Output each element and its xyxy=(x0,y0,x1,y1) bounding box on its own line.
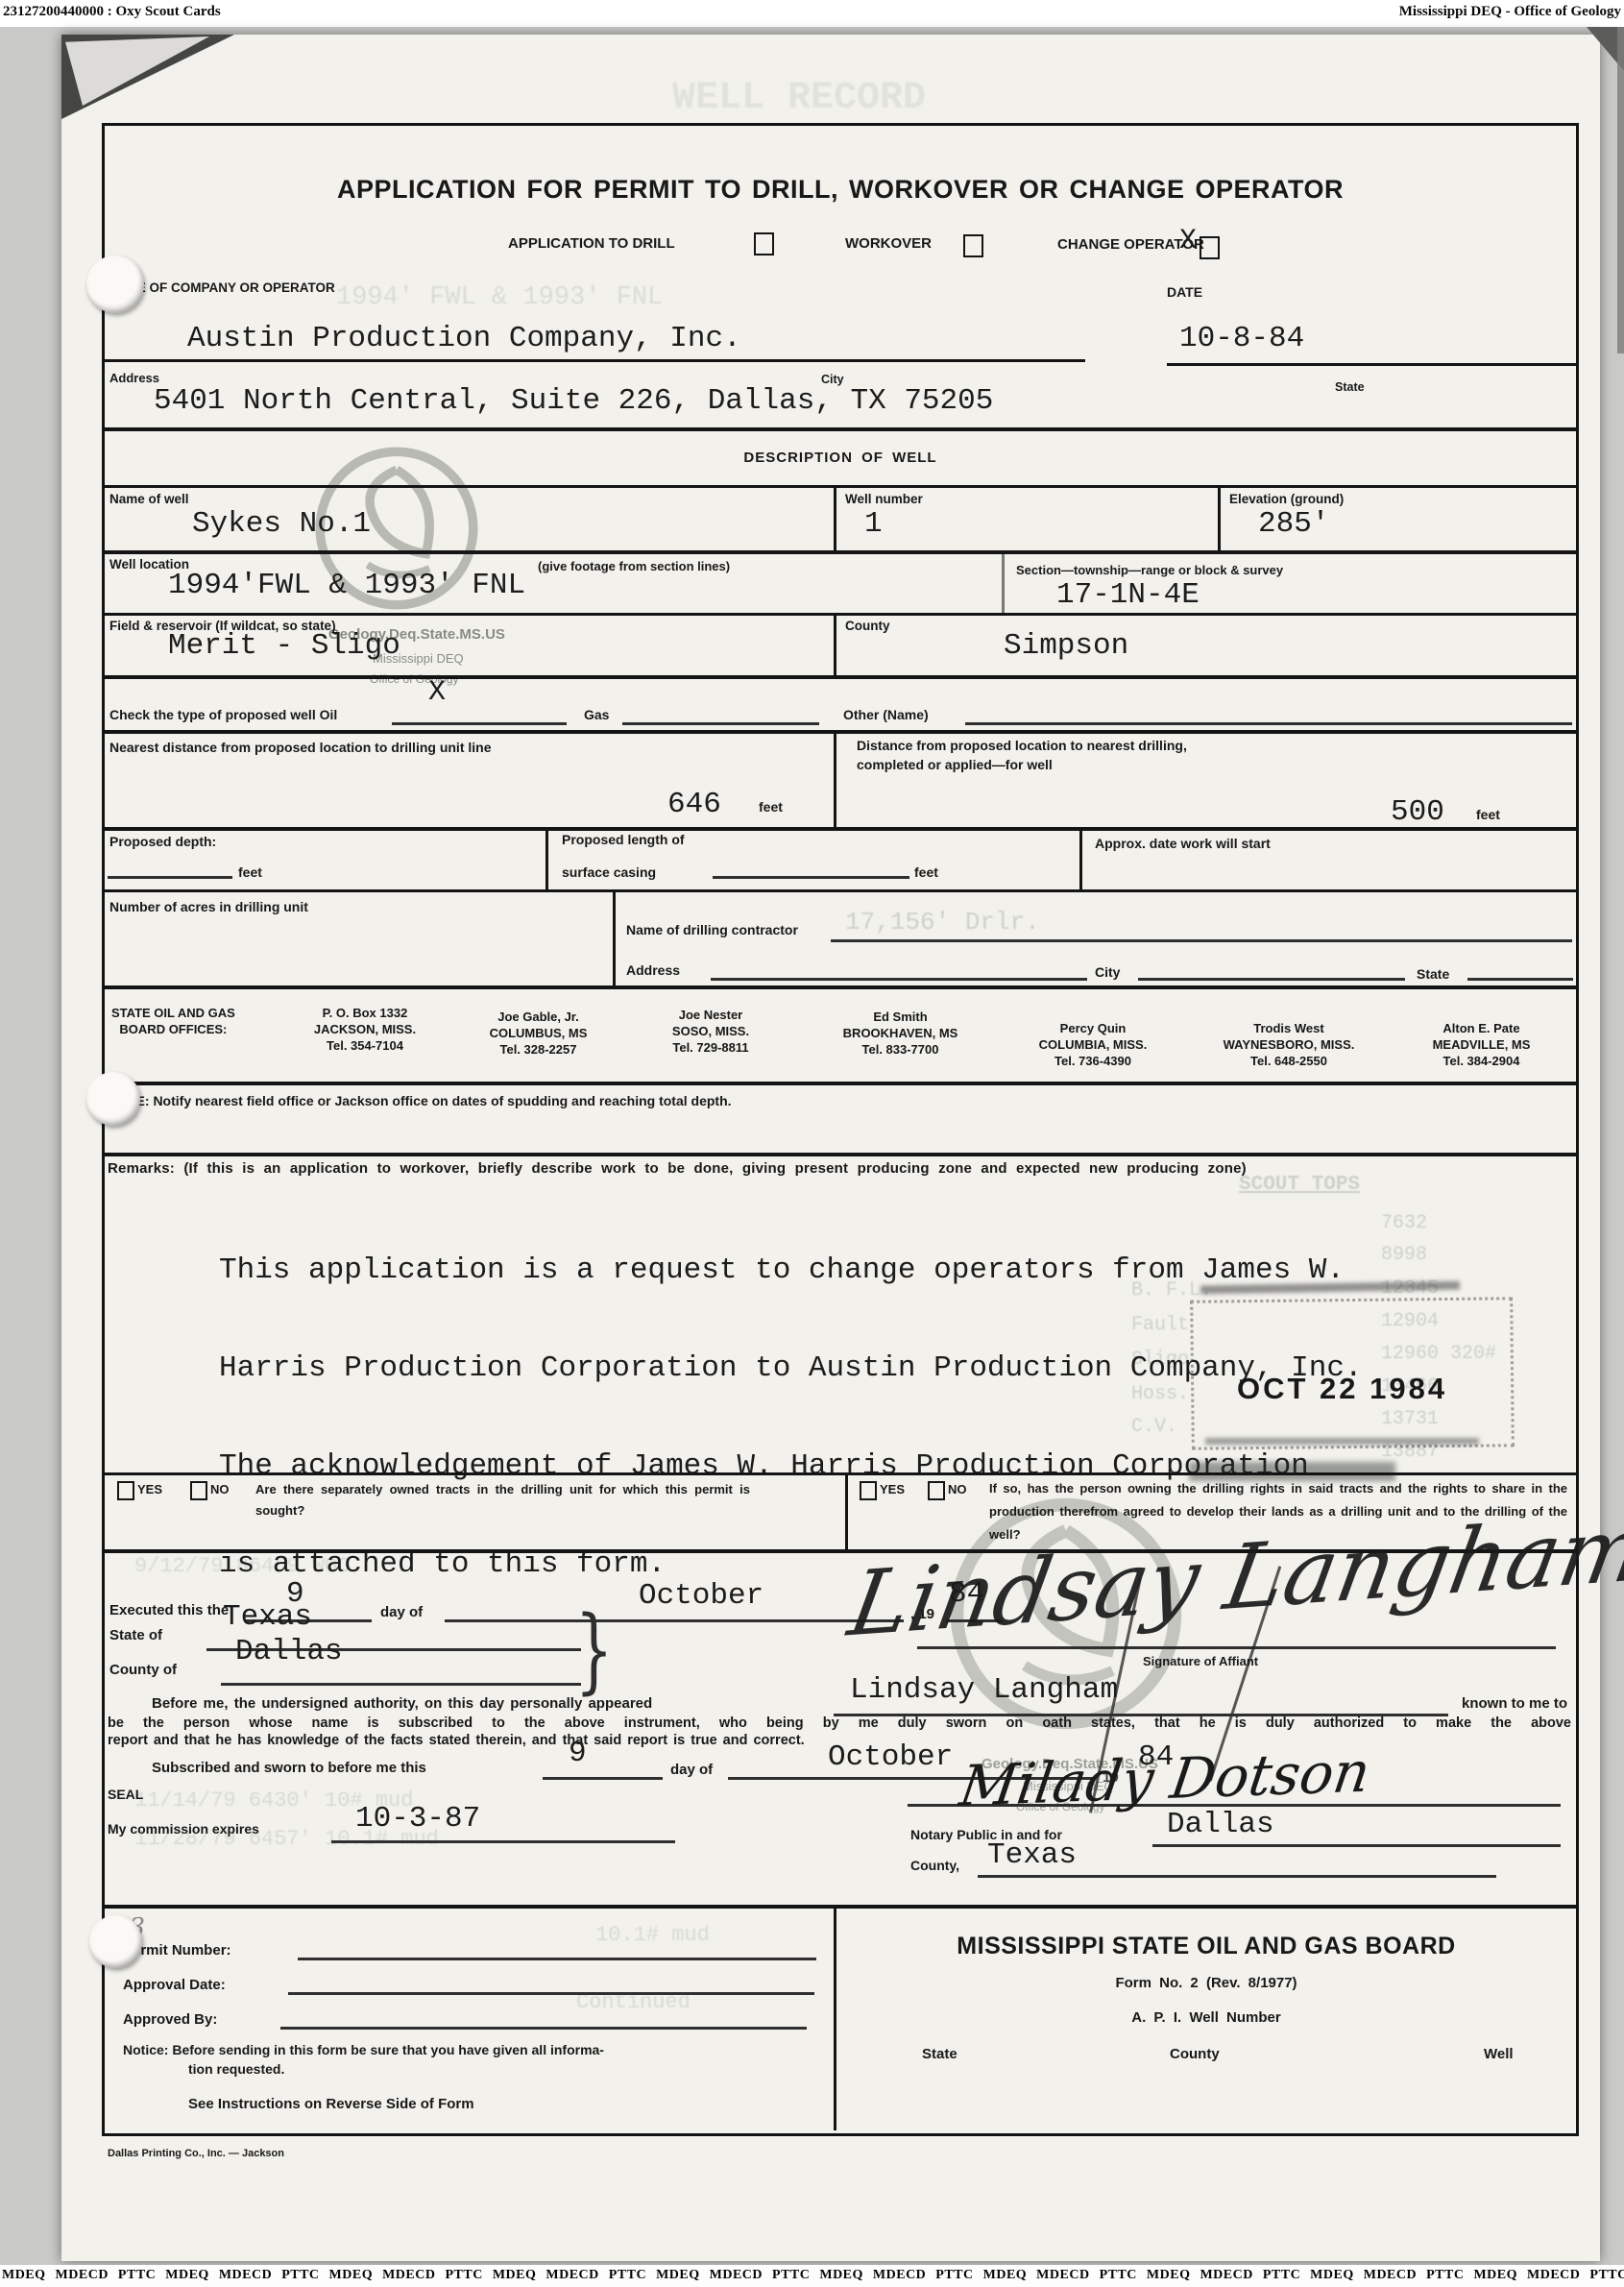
notary-county-value: Texas xyxy=(987,1838,1077,1872)
rights-no-label: NO xyxy=(948,1482,967,1496)
notice-line-1: Notice: Before sending in this form be s… xyxy=(123,2042,604,2057)
remarks-label: Remarks: (If this is an application to w… xyxy=(108,1160,1247,1177)
elevation-value: 285' xyxy=(1258,507,1329,541)
brace-glyph: } xyxy=(575,1596,614,1704)
board-offices-heading: STATE OIL AND GAS BOARD OFFICES: xyxy=(111,1005,235,1037)
tracts-yes-checkbox xyxy=(117,1481,134,1500)
office-column: Trodis WestWAYNESBORO, MISS.Tel. 648-255… xyxy=(1193,1020,1385,1069)
hole-punch xyxy=(86,1072,140,1126)
footer-ticker-text: MDEQ MDECD PTTC MDEQ MDECD PTTC MDEQ MDE… xyxy=(2,2268,1624,2283)
see-instructions-label: See Instructions on Reverse Side of Form xyxy=(188,2096,474,2112)
viewer-header-bar: 23127200440000 : Oxy Scout Cards Mississ… xyxy=(0,0,1624,27)
rights-yes-checkbox xyxy=(860,1481,877,1500)
nearest-distance-unit: feet xyxy=(759,799,783,815)
stamp-date: OCT 22 1984 xyxy=(1237,1372,1447,1406)
office-column: P. O. Box 1332JACKSON, MISS.Tel. 354-710… xyxy=(288,1005,442,1054)
address-label: Address xyxy=(109,371,159,385)
subscribed-day: 9 xyxy=(569,1737,587,1770)
drilling-distance-value: 500 xyxy=(1391,795,1444,829)
commission-value: 10-3-87 xyxy=(355,1802,480,1836)
notary-body-3: report and that he has knowledge of the … xyxy=(108,1733,805,1748)
signature-of-affiant-label: Signature of Affiant xyxy=(1143,1654,1258,1668)
fill-in-line xyxy=(1138,978,1405,981)
board-box-title: MISSISSIPPI STATE OIL AND GAS BOARD xyxy=(845,1933,1567,1960)
tracts-question-1: Are there separately owned tracts in the… xyxy=(255,1479,750,1521)
nearest-distance-value: 646 xyxy=(667,788,721,821)
rule-line xyxy=(102,1472,1579,1475)
county-label: County xyxy=(845,619,890,633)
notice-line-2: tion requested. xyxy=(188,2061,284,2077)
city-label: City xyxy=(821,373,844,386)
fill-in-line xyxy=(331,1840,675,1843)
fill-in-line xyxy=(713,876,909,879)
state-of-label: State of xyxy=(109,1627,162,1643)
rule-line xyxy=(102,1153,1579,1156)
appeared-name-typed: Lindsay Langham xyxy=(850,1673,1118,1707)
note-text: NOTE: Notify nearest field office or Jac… xyxy=(108,1093,732,1108)
fill-in-line xyxy=(622,722,819,725)
printer-credit: Dallas Printing Co., Inc. — Jackson xyxy=(108,2148,284,2159)
oil-x-mark: X xyxy=(428,676,446,709)
document-id-title: 23127200440000 : Oxy Scout Cards xyxy=(3,4,221,20)
rule-line xyxy=(102,427,1579,431)
divider-line xyxy=(545,830,548,889)
rule-line xyxy=(102,827,1579,831)
casing-label-2: surface casing xyxy=(562,864,656,880)
executed-label: Executed this the xyxy=(109,1602,229,1618)
rule-line xyxy=(102,613,1579,616)
divider-line xyxy=(613,892,616,985)
other-label: Other (Name) xyxy=(843,707,929,722)
fill-in-line xyxy=(108,876,232,879)
drill-checkbox xyxy=(754,232,774,255)
state-label: State xyxy=(1335,380,1365,394)
executed-month: October xyxy=(639,1579,764,1613)
form-title: APPLICATION FOR PERMIT TO DRILL, WORKOVE… xyxy=(102,175,1579,205)
rule-line xyxy=(102,675,1579,679)
gas-label: Gas xyxy=(584,707,609,722)
commission-label: My commission expires xyxy=(108,1821,259,1837)
before-me-label: Before me, the undersigned authority, on… xyxy=(152,1695,652,1712)
nearest-distance-label: Nearest distance from proposed location … xyxy=(109,740,492,755)
office-column: Joe NesterSOSO, MISS.Tel. 729-8811 xyxy=(634,1007,788,1056)
well-number-value: 1 xyxy=(864,507,883,541)
divider-line xyxy=(845,1475,848,1549)
board-box-api-label: A. P. I. Well Number xyxy=(845,2009,1567,2026)
county-value: Simpson xyxy=(1004,629,1128,663)
board-offices-heading-1: STATE OIL AND GAS xyxy=(111,1005,235,1021)
fill-in-line xyxy=(1152,1844,1561,1847)
start-date-label: Approx. date work will start xyxy=(1095,836,1271,851)
address-value: 5401 North Central, Suite 226, Dallas, T… xyxy=(154,384,993,418)
footer-strip: MDEQ MDECD PTTC MDEQ MDECD PTTC MDEQ MDE… xyxy=(0,2265,1624,2287)
section-township-range-value: 17-1N-4E xyxy=(1056,578,1200,612)
rule-line xyxy=(102,1082,1579,1085)
rule-line xyxy=(102,889,1579,892)
subscribed-month: October xyxy=(828,1740,953,1774)
contractor-state-label: State xyxy=(1417,966,1449,982)
county-of-value: Dallas xyxy=(235,1635,343,1668)
checkbox-label-workover: WORKOVER xyxy=(845,235,932,252)
fill-in-line xyxy=(392,722,567,725)
workover-checkbox xyxy=(963,234,983,257)
tracts-yes-label: YES xyxy=(137,1482,162,1496)
fill-in-line xyxy=(445,1619,904,1622)
divider-line xyxy=(834,488,836,550)
well-number-label: Well number xyxy=(845,492,923,506)
casing-label-1: Proposed length of xyxy=(562,832,685,847)
proposed-depth-unit: feet xyxy=(238,864,262,880)
footage-hint-label: (give footage from section lines) xyxy=(538,559,730,573)
proposed-depth-label: Proposed depth: xyxy=(109,834,216,849)
fill-in-line xyxy=(965,722,1572,725)
known-to-me-label: known to me to xyxy=(1462,1695,1567,1712)
signature-line xyxy=(917,1646,1556,1649)
rule-line xyxy=(102,550,1579,554)
well-location-value: 1994'FWL & 1993' FNL xyxy=(168,569,525,602)
notary-body-2: be the person whose name is subscribed t… xyxy=(108,1715,1571,1731)
rule-line xyxy=(102,730,1579,734)
office-column: Alton E. PateMEADVILLE, MSTel. 384-2904 xyxy=(1393,1020,1570,1069)
change-operator-checkbox xyxy=(1200,236,1220,259)
stamp-smudge xyxy=(1205,1438,1479,1445)
drilling-distance-label-1: Distance from proposed location to neare… xyxy=(857,738,1187,753)
board-box-county-label: County xyxy=(1170,2046,1220,2062)
acres-label: Number of acres in drilling unit xyxy=(109,899,308,914)
rule-line xyxy=(102,485,1579,488)
rights-yes-label: YES xyxy=(880,1482,905,1496)
fill-in-line xyxy=(1467,978,1573,981)
divider-line xyxy=(834,733,836,827)
subscribed-day-of-label: day of xyxy=(670,1762,713,1778)
rule-line xyxy=(1167,363,1576,366)
description-of-well-header: DESCRIPTION OF WELL xyxy=(102,450,1579,466)
contractor-label: Name of drilling contractor xyxy=(626,922,798,937)
seal-label: SEAL xyxy=(108,1787,143,1802)
casing-unit: feet xyxy=(914,864,938,880)
divider-line xyxy=(834,616,836,675)
rule-line xyxy=(105,359,1085,362)
county-of-label: County of xyxy=(109,1662,177,1678)
tracts-no-checkbox xyxy=(190,1481,207,1500)
scanned-document-page: 23127200440000 : Oxy Scout Cards Mississ… xyxy=(0,0,1624,2287)
divider-line xyxy=(1079,830,1082,889)
rule-line xyxy=(102,1905,1579,1909)
fill-in-line xyxy=(543,1777,663,1780)
office-column: Ed SmithBROOKHAVEN, MSTel. 833-7700 xyxy=(816,1009,984,1058)
fill-in-line xyxy=(298,1958,816,1960)
well-name-label: Name of well xyxy=(109,492,189,506)
board-box-state-label: State xyxy=(922,2046,957,2062)
section-township-range-label: Section—township—range or block & survey xyxy=(1016,563,1283,577)
fill-in-line xyxy=(280,2027,807,2030)
board-box-form-no: Form No. 2 (Rev. 8/1977) xyxy=(845,1975,1567,1991)
checkbox-label-drill: APPLICATION TO DRILL xyxy=(508,235,675,252)
contractor-address-label: Address xyxy=(626,962,680,978)
board-box-well-label: Well xyxy=(1484,2046,1514,2062)
approval-date-label: Approval Date: xyxy=(123,1977,226,1993)
divider-line xyxy=(834,1909,836,2130)
office-column: Percy QuinCOLUMBIA, MISS.Tel. 736-4390 xyxy=(1006,1020,1179,1069)
date-value: 10-8-84 xyxy=(1179,322,1304,355)
date-label: DATE xyxy=(1167,284,1202,300)
change-operator-x-mark: X xyxy=(1179,225,1197,257)
fill-in-line xyxy=(978,1875,1496,1878)
document-source-title: Mississippi DEQ - Office of Geology xyxy=(1399,4,1621,20)
notary-county-label: County, xyxy=(910,1858,959,1873)
approved-by-label: Approved By: xyxy=(123,2011,217,2028)
form-border xyxy=(102,123,1579,2136)
tracts-no-label: NO xyxy=(210,1482,230,1496)
divider-line xyxy=(1002,553,1005,613)
well-name-value: Sykes No.1 xyxy=(192,507,371,541)
rights-no-checkbox xyxy=(928,1481,945,1500)
contractor-city-label: City xyxy=(1095,964,1120,980)
drilling-distance-unit: feet xyxy=(1476,807,1500,822)
notary-for-value: Dallas xyxy=(1167,1808,1274,1841)
fill-in-line xyxy=(831,939,1572,942)
edge-artifact xyxy=(1617,27,1624,353)
board-offices-heading-2: BOARD OFFICES: xyxy=(111,1021,235,1037)
subscribed-label: Subscribed and sworn to before me this xyxy=(152,1760,426,1776)
field-reservoir-value: Merit - Sligo xyxy=(168,629,400,663)
state-of-value: Texas xyxy=(223,1600,312,1634)
fill-in-line xyxy=(711,978,1087,981)
drilling-distance-label-2: completed or applied—for well xyxy=(857,757,1053,772)
bleed-through-text: WELL RECORD xyxy=(672,77,926,120)
hole-punch xyxy=(89,1915,142,1968)
well-type-label: Check the type of proposed well Oil xyxy=(109,707,337,722)
fill-in-line xyxy=(288,1992,814,1995)
rule-line xyxy=(102,985,1579,989)
day-of-label: day of xyxy=(380,1604,423,1620)
divider-line xyxy=(1218,488,1221,550)
hole-punch xyxy=(86,255,144,313)
company-value: Austin Production Company, Inc. xyxy=(187,322,741,355)
fill-in-line xyxy=(221,1683,581,1686)
office-column: Joe Gable, Jr.COLUMBUS, MSTel. 328-2257 xyxy=(459,1009,618,1058)
elevation-label: Elevation (ground) xyxy=(1229,492,1344,506)
